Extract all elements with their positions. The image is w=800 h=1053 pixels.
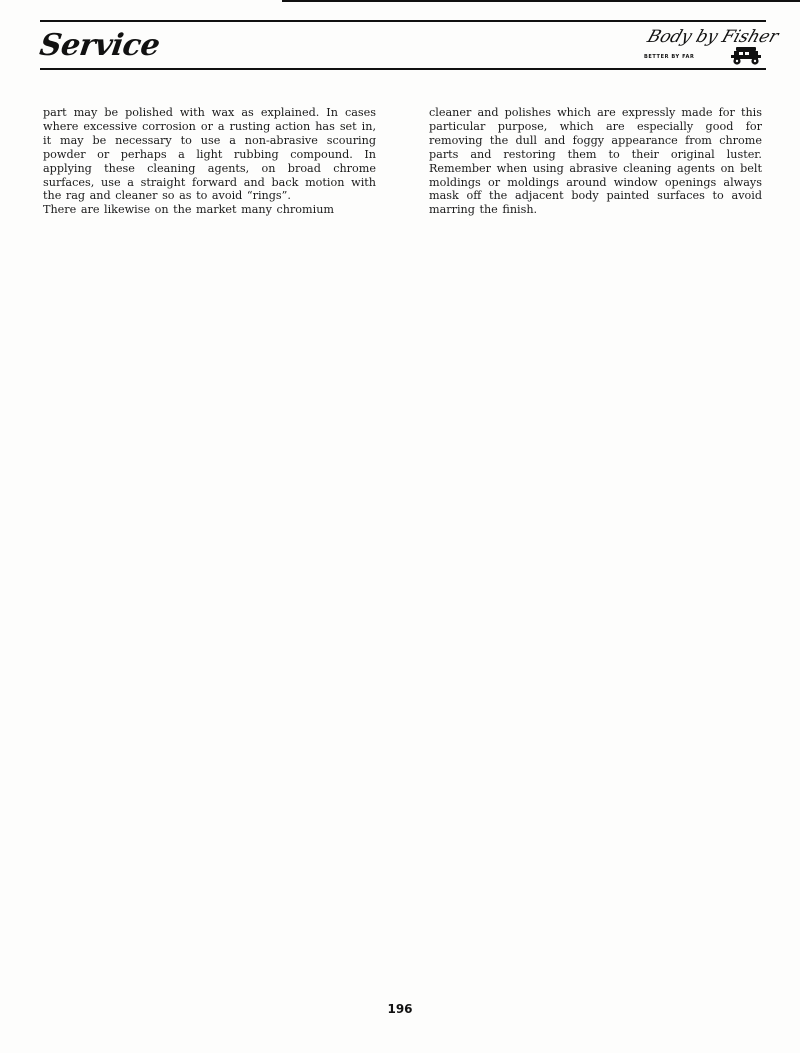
carriage-icon: [729, 45, 763, 65]
paragraph: part may be polished with wax as explain…: [43, 106, 376, 203]
page-number: 196: [380, 1002, 420, 1016]
brand-script-text: Body by Fisher: [645, 27, 781, 47]
paragraph: cleaner and polishes which are expressly…: [429, 106, 762, 217]
header-rule-top: [40, 20, 766, 22]
section-title: Service: [38, 28, 162, 63]
right-column: cleaner and polishes which are expressly…: [429, 106, 762, 217]
brand-tagline: BETTER BY FAR: [644, 54, 694, 60]
top-edge-rule: [282, 0, 800, 2]
brand-logo: Body by Fisher BETTER BY FAR: [644, 27, 764, 67]
header-rule-bottom: [40, 68, 766, 70]
left-column: part may be polished with wax as explain…: [43, 106, 376, 217]
paragraph: There are likewise on the market many ch…: [43, 203, 376, 217]
